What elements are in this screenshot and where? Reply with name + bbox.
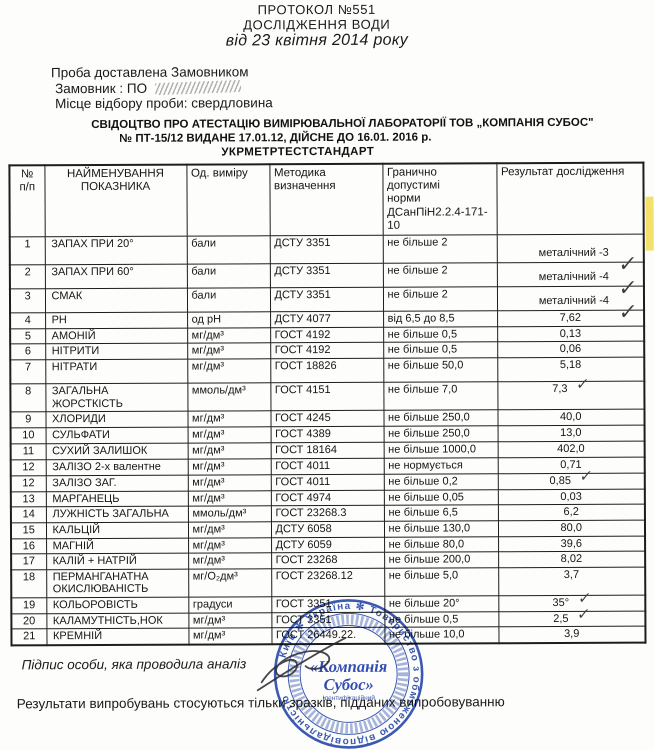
document-title-block: ПРОТОКОЛ №551 ДОСЛІДЖЕННЯ ВОДИ від 23 кв… [0, 2, 635, 52]
cell-norm: не більше 1000,0 [384, 442, 498, 458]
cell-parameter-name: КАЛАМУТНІСТЬ,НОК [46, 613, 188, 629]
cell-parameter-name: НІТРАТИ [45, 359, 187, 384]
cell-unit: мг/дм³ [187, 343, 270, 359]
cell-row-number: 21 [11, 629, 46, 645]
handwritten-checkmark: ✓ [578, 598, 591, 599]
cell-result: 0,85✓ [498, 473, 645, 489]
cell-row-number: 10 [11, 428, 46, 444]
cell-parameter-name: КОЛЬОРОВІСТЬ [46, 597, 188, 613]
cell-result: 39,6 [498, 536, 645, 552]
cell-norm: від 6,5 до 8,5 [383, 311, 497, 327]
result-value: 0,03 [560, 490, 581, 502]
cell-result: 40,0 [497, 409, 644, 426]
cell-result: 7,62 [497, 310, 644, 326]
cell-parameter-name: ЛУЖНІСТЬ ЗАГАЛЬНА [46, 506, 188, 522]
cell-norm: не більше 200,0 [384, 552, 498, 568]
cell-method: ГОСТ 4245 [270, 411, 383, 427]
cell-unit: мг/дм³ [188, 490, 271, 506]
certificate-line-1: СВІДОЦТВО ПРО АТЕСТАЦІЮ ВИМІРЮВАЛЬНОЇ ЛА… [91, 118, 593, 132]
cell-row-number: 4 [10, 313, 45, 329]
result-value: 2,5 [553, 613, 568, 625]
cell-parameter-name: ЗАЛІЗО ЗАГ. [46, 475, 188, 491]
cell-row-number: 8 [10, 384, 45, 412]
results-table: № п/п НАЙМЕНУВАННЯ ПОКАЗНИКА Од. виміру … [8, 162, 646, 647]
document-page: ПРОТОКОЛ №551 ДОСЛІДЖЕННЯ ВОДИ від 23 кв… [0, 0, 654, 750]
cell-method: ГОСТ 18164 [271, 443, 384, 459]
table-header-row: № п/п НАЙМЕНУВАННЯ ПОКАЗНИКА Од. виміру … [9, 163, 643, 237]
cell-row-number: 1 [10, 237, 45, 265]
cell-row-number: 16 [11, 538, 46, 554]
handwritten-checkmark: ✓ [576, 384, 589, 385]
cell-unit: бали [187, 288, 270, 312]
cell-parameter-name: КРЕМНІЙ [46, 628, 188, 645]
cell-row-number: 7 [10, 360, 45, 384]
cell-parameter-name: СУЛЬФАТИ [46, 427, 188, 444]
cell-norm: не більше 6,5 [384, 505, 498, 521]
cell-parameter-name: НІТРИТИ [45, 343, 187, 359]
col-header-norm: Гранично допустимі норми ДСанПіН2.2.4-17… [382, 163, 496, 235]
certificate-line-3: УКРМЕТРТЕСТСТАНДАРТ [221, 147, 374, 159]
cell-row-number: 9 [10, 412, 45, 428]
protocol-subject-title: ДОСЛІДЖЕННЯ ВОДИ [0, 16, 635, 32]
result-value: 0,13 [560, 328, 581, 340]
result-value: 8,02 [561, 553, 582, 565]
cell-method: ДСТУ 3351 [270, 263, 383, 287]
cell-method: ГОСТ 18826 [270, 358, 383, 382]
cell-norm: не більше 2 [383, 235, 497, 263]
col-header-parameter: НАЙМЕНУВАННЯ ПОКАЗНИКА [44, 165, 186, 237]
cell-row-number: 2 [10, 265, 45, 289]
cell-unit: ммоль/дм³ [188, 506, 271, 522]
cell-parameter-name: ХЛОРИДИ [45, 411, 187, 428]
cell-row-number: 3 [10, 289, 45, 313]
cell-unit: мг/дм³ [187, 359, 270, 383]
cell-result: 35°✓ [498, 595, 645, 611]
cell-unit: мг/дм³ [187, 327, 270, 343]
cell-parameter-name: МАГНІЙ [46, 538, 188, 554]
cell-unit: бали [187, 264, 270, 288]
cell-unit: ммоль/дм³ [187, 383, 270, 412]
cell-method: ГОСТ 23268.3 [271, 505, 384, 521]
result-value: металічний -4 [539, 295, 609, 307]
cell-result: 8,02 [498, 551, 645, 567]
col-header-method: Методика визначення [269, 164, 382, 236]
col-header-result: Результат дослідження [496, 163, 643, 235]
cell-result: 0,06 [497, 341, 644, 357]
cell-parameter-name: АМОНІЙ [45, 328, 187, 344]
result-value: 0,06 [560, 343, 581, 355]
cell-result: 402,0 [498, 441, 645, 458]
cell-unit: од рН [187, 312, 270, 328]
result-value: 80,0 [561, 522, 582, 534]
cell-unit: мг/дм³ [188, 475, 271, 491]
redacted-customer-name [155, 80, 241, 95]
cell-row-number: 20 [11, 613, 46, 629]
cell-norm: не більше 7,0 [383, 382, 497, 411]
cell-parameter-name: ЗАГАЛЬНА ЖОРСТКІСТЬ [45, 383, 187, 412]
result-value: металічний -3 [539, 247, 609, 259]
result-value: 3,9 [564, 628, 579, 640]
table-row: 2 ЗАПАХ ПРИ 60° бали ДСТУ 3351 не більше… [10, 262, 644, 289]
signature-label: Підпис особи, яка проводила аналіз [22, 656, 247, 672]
cell-norm: не більше 2 [383, 263, 497, 287]
cell-row-number: 18 [11, 570, 46, 598]
cell-row-number: 12 [11, 476, 46, 492]
results-table-body: 1 ЗАПАХ ПРИ 20° бали ДСТУ 3351 не більше… [10, 234, 646, 645]
protocol-number-title: ПРОТОКОЛ №551 [0, 2, 635, 18]
cell-norm: не нормується [384, 458, 498, 474]
cell-method: ДСТУ 6059 [271, 537, 384, 553]
cell-method: ДСТУ 3351 [270, 287, 383, 311]
result-value: 3,7 [564, 569, 579, 581]
cell-unit: мг/дм³ [188, 427, 271, 443]
cell-result: 2,5✓ [498, 611, 645, 627]
cell-parameter-name: СУХИЙ ЗАЛИШОК [46, 443, 188, 460]
cell-result: 7,3✓ [497, 381, 644, 410]
cell-result: металічний -4✓ [497, 286, 644, 311]
cell-parameter-name: ЗАПАХ ПРИ 20° [45, 236, 187, 265]
cell-row-number: 15 [11, 523, 46, 539]
cell-result: 80,0 [498, 520, 645, 536]
cell-unit: мг/дм³ [188, 537, 271, 553]
cell-method: ГОСТ 23268.12 [271, 568, 384, 597]
cell-row-number: 12 [11, 460, 46, 476]
cell-result: 5,18 [497, 357, 644, 382]
cell-unit: мг/дм³ [188, 553, 271, 569]
result-value: 40,0 [560, 411, 581, 423]
cell-method: ГОСТ 4151 [270, 382, 383, 411]
result-value: 6,2 [563, 506, 578, 518]
table-row: 7 НІТРАТИ мг/дм³ ГОСТ 18826 не більше 50… [10, 357, 644, 384]
cell-method: ГОСТ 4192 [270, 327, 383, 343]
cell-norm: не більше 0,2 [384, 474, 498, 490]
cell-norm: не більше 50,0 [383, 358, 497, 382]
cell-norm: не більше 2 [383, 287, 497, 311]
cell-result: 0,03 [498, 489, 645, 505]
table-row: 18 ПЕРМАНГАНАТНА ОКИСЛЮВАНІСТЬ мг/О₂дм³ … [11, 567, 645, 598]
scan-highlight-artifact [646, 197, 654, 251]
handwritten-signature [245, 622, 367, 705]
lab-certificate-block: СВІДОЦТВО ПРО АТЕСТАЦІЮ ВИМІРЮВАЛЬНОЇ ЛА… [0, 118, 653, 121]
result-value: 5,18 [560, 359, 581, 371]
cell-parameter-name: ПЕРМАНГАНАТНА ОКИСЛЮВАНІСТЬ [46, 569, 188, 598]
cell-parameter-name: КАЛІЙ + НАТРІЙ [46, 553, 188, 569]
result-value: 402,0 [557, 443, 585, 455]
sampling-location-line: Місце відбору проби: свердловина [51, 96, 273, 113]
cell-method: ДСТУ 6058 [271, 521, 384, 537]
cell-unit: мг/дм³ [188, 459, 271, 475]
handwritten-checkmark: ✓ [580, 476, 593, 477]
cell-unit: мг/дм³ [188, 443, 271, 459]
table-row: 3 СМАК бали ДСТУ 3351 не більше 2 металі… [10, 286, 644, 313]
cell-method: ГОСТ 23268 [271, 552, 384, 568]
cell-method: ГОСТ 4011 [271, 474, 384, 490]
cell-method: ДСТУ 3351 [270, 235, 383, 263]
table-row: 8 ЗАГАЛЬНА ЖОРСТКІСТЬ ммоль/дм³ ГОСТ 415… [10, 381, 644, 412]
certificate-line-2: № ПТ-15/12 ВИДАНЕ 17.01.12, ДІЙСНЕ ДО 16… [119, 133, 431, 146]
cell-norm: не більше 0,5 [383, 342, 497, 358]
cell-result: 6,2 [498, 504, 645, 520]
result-value: 0,71 [560, 459, 581, 471]
cell-method: ГОСТ 4974 [271, 490, 384, 506]
cell-row-number: 5 [10, 328, 45, 344]
cell-row-number: 17 [11, 554, 46, 570]
cell-method: ГОСТ 4011 [271, 459, 384, 475]
cell-row-number: 19 [11, 598, 46, 614]
cell-norm: не більше 80,0 [384, 536, 498, 552]
result-value: 39,6 [561, 537, 582, 549]
cell-result: 13,0 [498, 425, 645, 442]
result-value: 35° [552, 597, 569, 609]
result-value: 13,0 [560, 427, 581, 439]
result-value: металічний -4 [539, 271, 609, 283]
cell-unit: бали [187, 236, 270, 264]
table-row: 1 ЗАПАХ ПРИ 20° бали ДСТУ 3351 не більше… [10, 234, 644, 265]
cell-norm: не більше 0,05 [384, 489, 498, 505]
cell-row-number: 14 [11, 507, 46, 523]
result-value: 7,3 [552, 383, 567, 395]
cell-result: 0,71 [498, 457, 645, 473]
cell-unit: градуси [188, 597, 271, 613]
customer-line: Замовник : ПО [51, 80, 273, 97]
handwritten-checkmark: ✓ [577, 614, 590, 615]
protocol-date: від 23 квітня 2014 року [0, 32, 635, 52]
result-value: 0,85 [550, 475, 571, 487]
cell-norm: не більше 250,0 [383, 410, 497, 426]
cell-norm: не більше 130,0 [384, 521, 498, 537]
cell-unit: мг/дм³ [188, 522, 271, 538]
cell-norm: не більше 0,5 [383, 326, 497, 342]
cell-norm: не більше 5,0 [384, 568, 498, 597]
cell-row-number: 6 [10, 344, 45, 360]
cell-parameter-name: МАРГАНЕЦЬ [46, 491, 188, 507]
cell-row-number: 13 [11, 491, 46, 507]
cell-result: металічний -4✓ [497, 262, 644, 287]
cell-result: 3,9 [498, 626, 645, 643]
cell-method: ГОСТ 4389 [271, 427, 384, 443]
cell-method: ГОСТ 4192 [270, 343, 383, 359]
cell-result: металічний -3✓ [497, 234, 644, 263]
cell-unit: мг/дм³ [187, 411, 270, 427]
col-header-unit: Од. виміру [186, 164, 269, 236]
col-header-row-number: № п/п [9, 165, 44, 237]
sample-info-block: Проба доставлена Замовником Замовник : П… [51, 64, 273, 112]
cell-row-number: 11 [11, 444, 46, 460]
cell-parameter-name: ЗАЛІЗО 2-х валентне [46, 459, 188, 475]
cell-parameter-name: СМАК [45, 288, 187, 313]
cell-parameter-name: КАЛЬЦІЙ [46, 522, 188, 538]
cell-unit: мг/О₂дм³ [188, 569, 271, 598]
cell-parameter-name: РН [45, 312, 187, 328]
result-value: 7,62 [560, 312, 581, 324]
customer-label: Замовник : ПО [55, 80, 147, 95]
cell-result: 3,7 [498, 567, 645, 596]
cell-norm: не більше 250,0 [384, 426, 498, 442]
cell-result: 0,13 [497, 326, 644, 342]
sample-delivered-line: Проба доставлена Замовником [51, 64, 273, 81]
cell-parameter-name: ЗАПАХ ПРИ 60° [45, 264, 187, 289]
cell-method: ДСТУ 4077 [270, 311, 383, 327]
